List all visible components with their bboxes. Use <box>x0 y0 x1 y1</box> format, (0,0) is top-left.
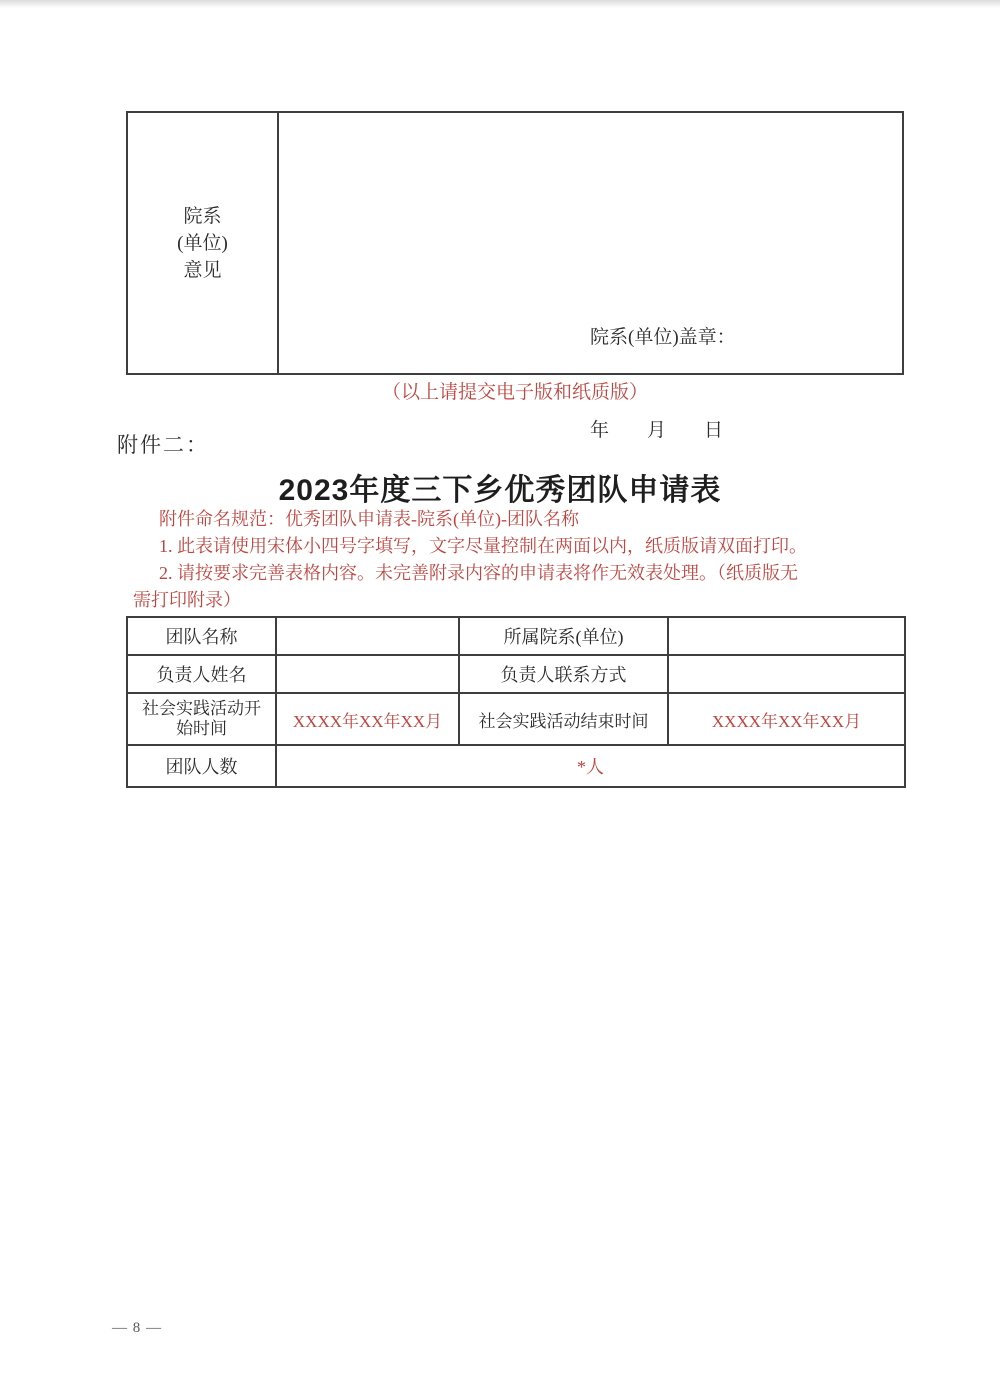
note-1: 1. 此表请使用宋体小四号字填写，文字尽量控制在两面以内，纸质版请双面打印。 <box>133 533 908 560</box>
instruction-notes: 附件命名规范：优秀团队申请表-院系(单位)-团队名称 1. 此表请使用宋体小四号… <box>133 506 908 614</box>
table-row: 社会实践活动开 始时间 XXXX年XX年XX月 社会实践活动结束时间 XXXX年… <box>127 693 905 745</box>
submit-note: （以上请提交电子版和纸质版） <box>126 377 904 404</box>
leader-contact-label: 负责人联系方式 <box>459 655 668 693</box>
approval-table: 院系 (单位) 意见 院系(单位)盖章： 年 月 日 <box>126 111 904 375</box>
attachment-heading: 附件二： <box>117 429 209 459</box>
start-time-input-cell[interactable]: XXXX年XX年XX月 <box>276 693 459 745</box>
note-naming-rule: 附件命名规范：优秀团队申请表-院系(单位)-团队名称 <box>133 506 908 533</box>
document-page: 院系 (单位) 意见 院系(单位)盖章： 年 月 日 （以上请提交电子版和纸质版… <box>0 0 1000 1379</box>
approval-opinion-area[interactable]: 院系(单位)盖章： 年 月 日 <box>279 113 902 373</box>
leader-name-input-cell[interactable] <box>276 655 459 693</box>
table-row: 负责人姓名 负责人联系方式 <box>127 655 905 693</box>
leader-name-label: 负责人姓名 <box>127 655 276 693</box>
end-time-label: 社会实践活动结束时间 <box>459 693 668 745</box>
stamp-label: 院系(单位)盖章： <box>590 322 736 353</box>
start-time-label: 社会实践活动开 始时间 <box>127 693 276 745</box>
team-size-input-cell[interactable]: *人 <box>276 745 905 787</box>
table-row: 团队人数 *人 <box>127 745 905 787</box>
department-input-cell[interactable] <box>668 617 905 655</box>
end-time-input-cell[interactable]: XXXX年XX年XX月 <box>668 693 905 745</box>
stamp-date-line: 年 月 日 <box>590 415 736 446</box>
note-2: 2. 请按要求完善表格内容。未完善附录内容的申请表将作无效表处理。（纸质版无 <box>133 560 908 587</box>
leader-contact-input-cell[interactable] <box>668 655 905 693</box>
table-row: 团队名称 所属院系(单位) <box>127 617 905 655</box>
approval-row-label: 院系 (单位) 意见 <box>128 113 279 373</box>
note-2-continued: 需打印附录） <box>133 587 908 614</box>
application-table: 团队名称 所属院系(单位) 负责人姓名 负责人联系方式 社会实践活动开 始时间 … <box>126 616 906 788</box>
department-label: 所属院系(单位) <box>459 617 668 655</box>
team-name-input-cell[interactable] <box>276 617 459 655</box>
page-title: 2023年度三下乡优秀团队申请表 <box>0 465 1000 509</box>
page-number: — 8 — <box>112 1320 162 1337</box>
team-name-label: 团队名称 <box>127 617 276 655</box>
team-size-label: 团队人数 <box>127 745 276 787</box>
